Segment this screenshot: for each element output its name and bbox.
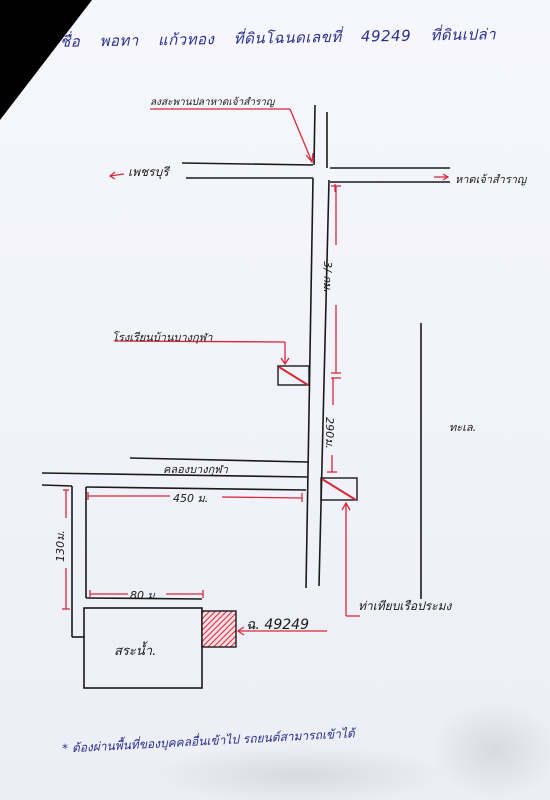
label-road-west: เพชรบุรี (128, 163, 169, 182)
label-distance-west: 130ม. (51, 530, 69, 562)
label-landmark-top: ลงสะพานปลาหาดเจ้าสำราญ (150, 95, 274, 110)
canal-road (42, 458, 308, 637)
label-distance-north: 3/ กม. (319, 261, 337, 293)
label-sea: ทะเล. (449, 418, 476, 436)
label-parcel: ฉ. 49249 (246, 614, 309, 636)
dimension-lines (62, 186, 341, 609)
label-school: โรงเรียนบ้านบางกุฬา (112, 328, 212, 346)
scan-corner-shadow (0, 0, 92, 120)
land-parcel (202, 611, 236, 647)
label-pier: ท่าเทียบเรือประมง (358, 597, 451, 616)
label-pond: สระน้ำ. (114, 640, 156, 661)
label-distance-canal: 450 ม. (173, 489, 208, 507)
highway (182, 163, 450, 182)
label-distance-middle: 290ม. (321, 417, 339, 449)
label-road-east: หาดเจ้าสำราญ (455, 170, 526, 188)
leader-arrows (110, 109, 448, 635)
label-distance-pond: 80 ม. (130, 586, 158, 604)
label-canal: คลองบางกุฬา (163, 460, 228, 478)
sketch-map (0, 0, 550, 800)
